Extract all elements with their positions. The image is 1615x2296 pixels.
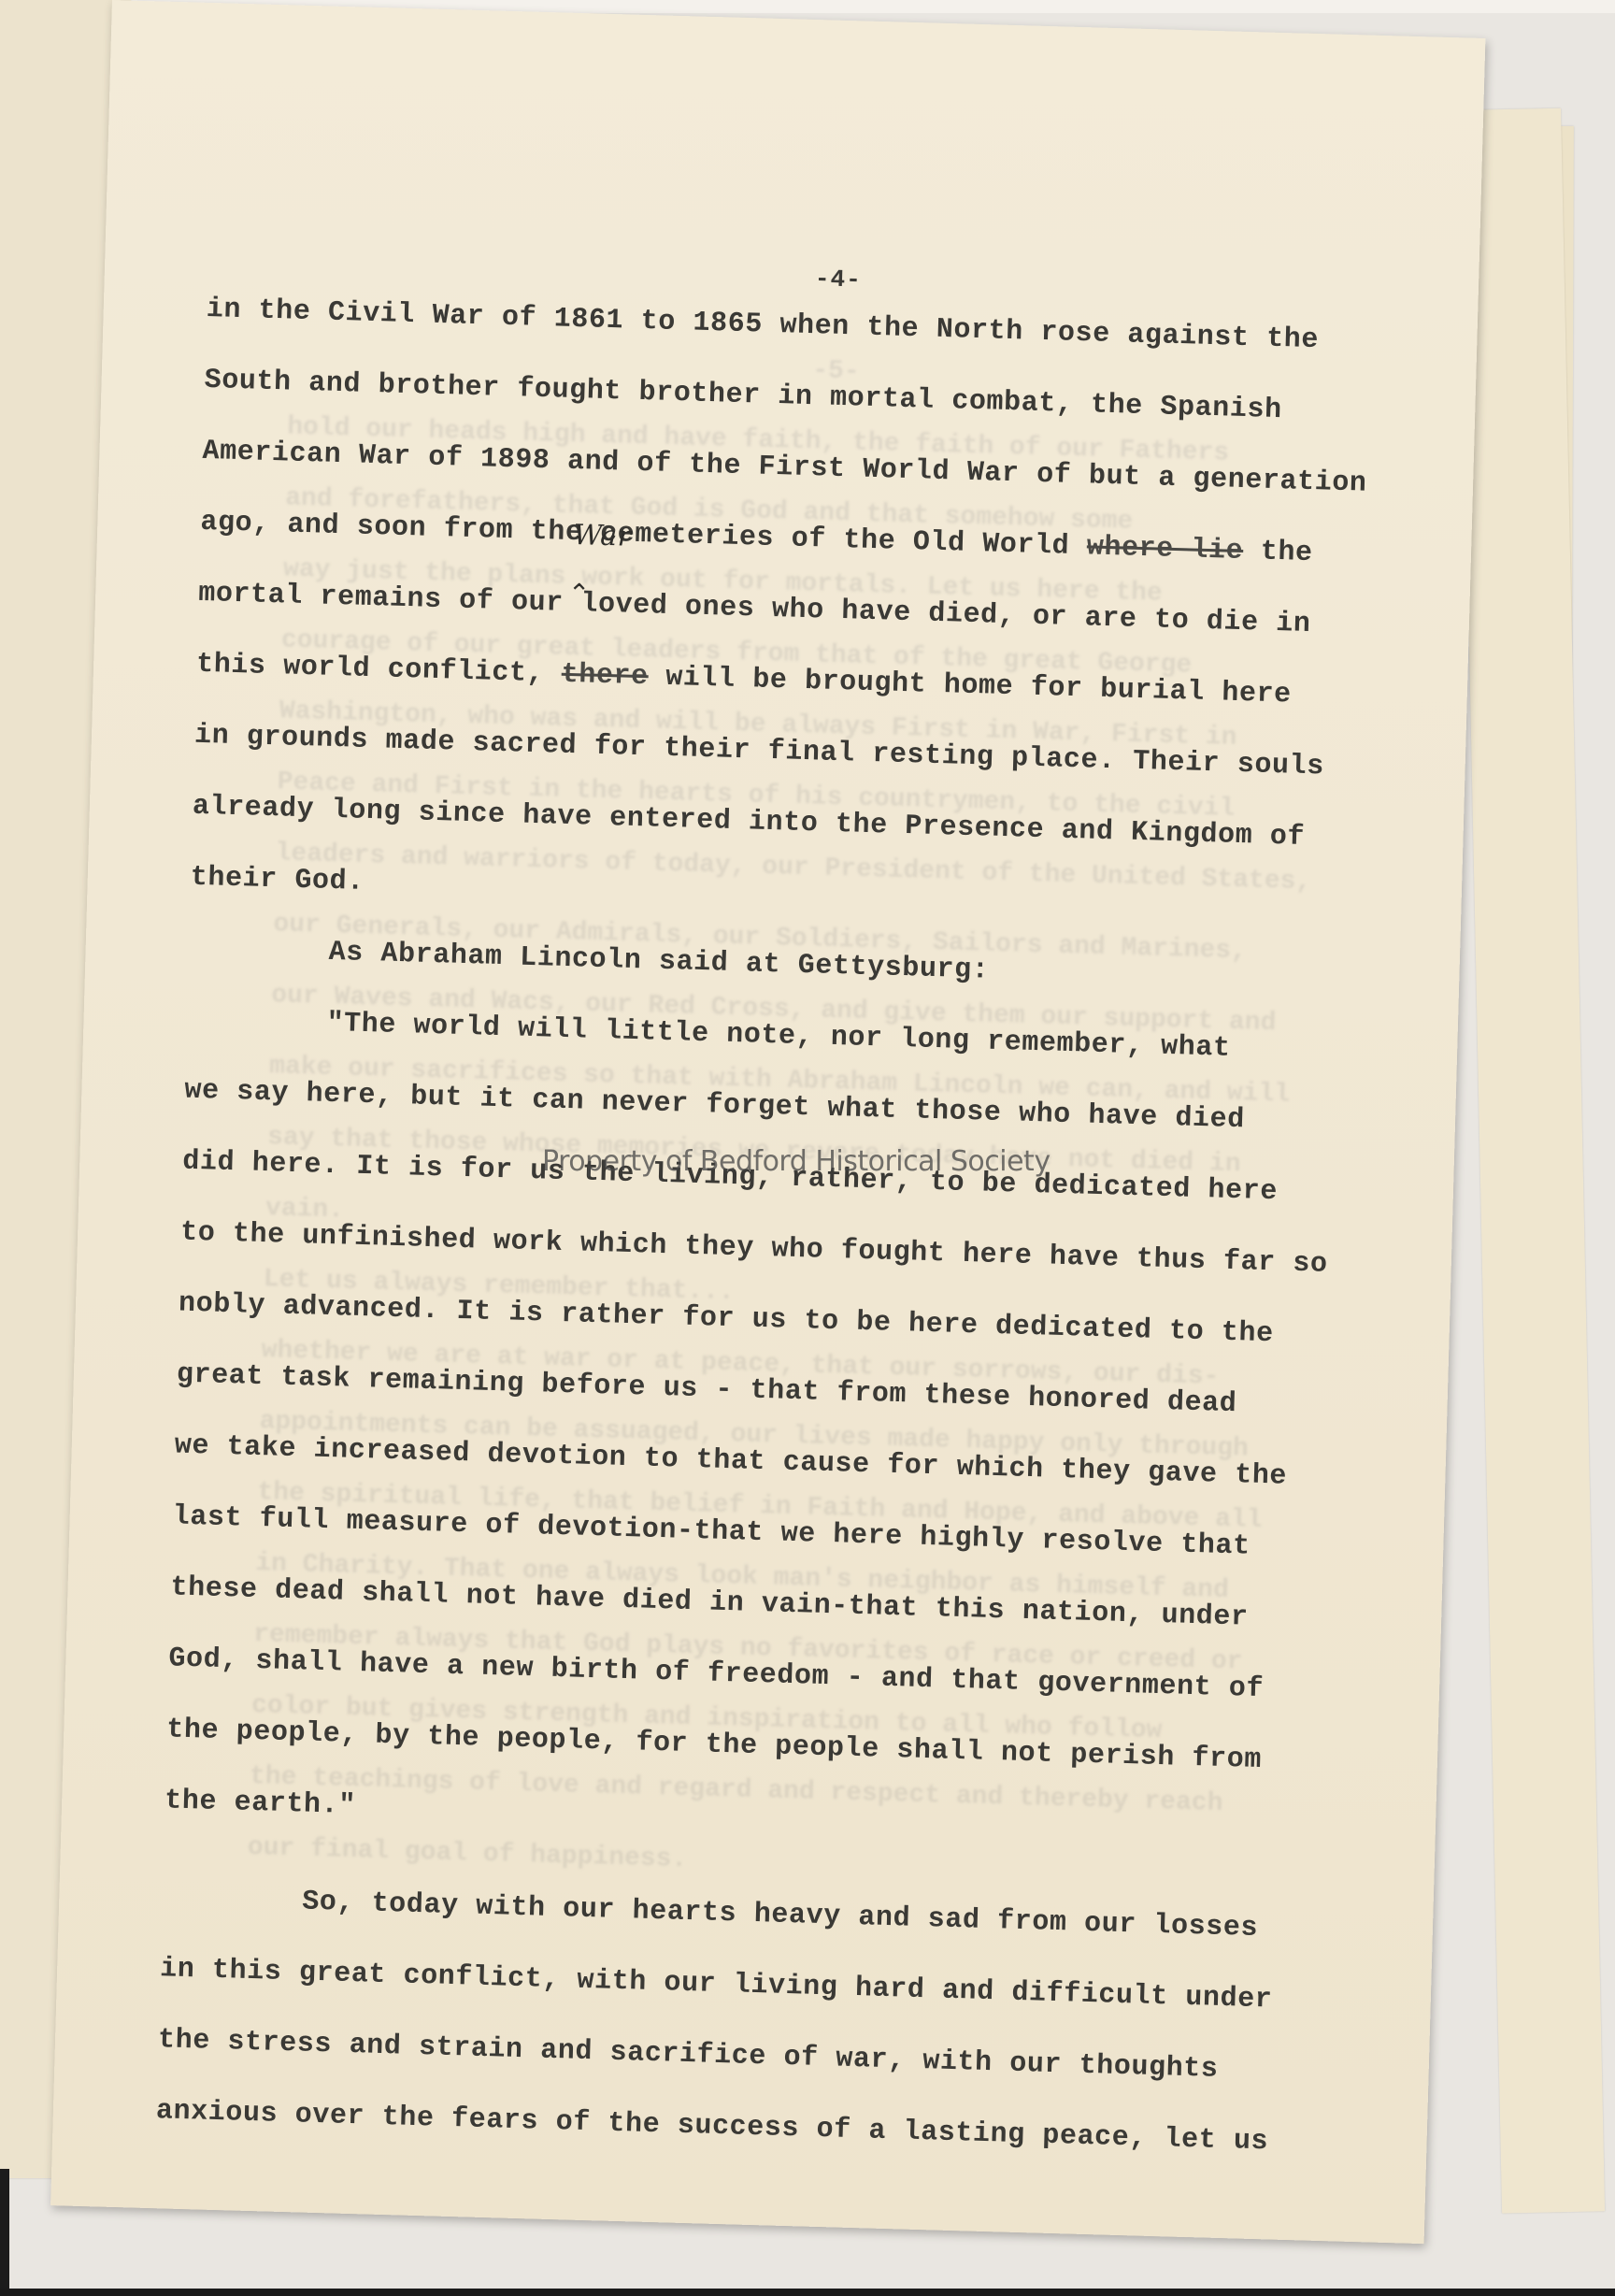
text-fragment: cemeteries of the Old World (582, 517, 1087, 563)
struck-through-text: where lie (1086, 531, 1243, 567)
typed-page: -5-hold our heads high and have faith, t… (50, 0, 1485, 2244)
text-fragment: this world conflict, (196, 649, 562, 691)
scanner-edge-bottom (0, 2289, 1615, 2296)
paragraph-1: in the Civil War of 1861 to 1865 when th… (190, 274, 1451, 948)
gettysburg-quote: "The world will little note, nor long re… (164, 984, 1430, 1872)
insertion-caret-icon: ⌃ (567, 558, 592, 630)
scanner-edge-left (0, 2169, 9, 2296)
text-fragment: the (1243, 536, 1313, 569)
paragraph-4: So, today with our hearts heavy and sad … (155, 1862, 1406, 2181)
text-fragment: ago, and soon from the (200, 507, 583, 549)
watermark: Property of Bedford Historical Society (542, 1145, 1050, 1178)
text-fragment: will be brought home for burial here (648, 661, 1292, 710)
struck-through-text: there (561, 659, 649, 694)
document-body: in the Civil War of 1861 to 1865 when th… (155, 274, 1450, 2181)
page-number: -4- (815, 265, 863, 294)
